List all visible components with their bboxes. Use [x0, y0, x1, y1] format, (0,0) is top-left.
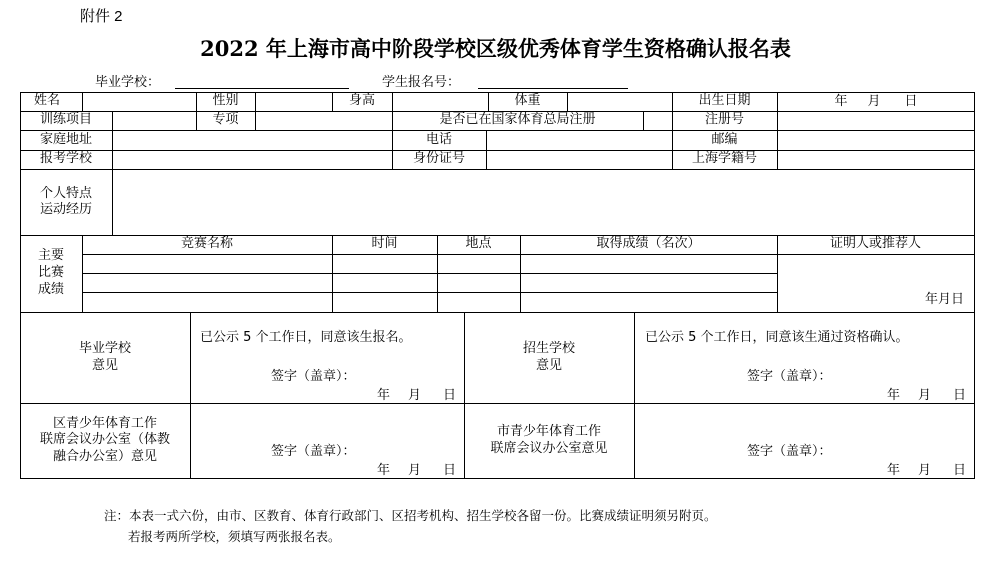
- gender-label: 性别: [196, 92, 255, 111]
- home-address-label: 家庭地址: [20, 130, 112, 150]
- competition-name-input[interactable]: [83, 293, 332, 312]
- city-office-signature-label: 签字（盖章）：: [747, 440, 832, 459]
- admitting-school-opinion-area[interactable]: 已公示 5 个工作日，同意该生通过资格确认。 签字（盖章）： 年月日: [635, 313, 974, 403]
- district-office-opinion-area[interactable]: 签字（盖章）： 年月日: [191, 404, 464, 478]
- height-input[interactable]: [393, 93, 487, 111]
- shanghai-student-id-label: 上海学籍号: [672, 150, 777, 169]
- weight-input[interactable]: [568, 93, 671, 111]
- graduating-school-opinion-area[interactable]: 已公示 5 个工作日，同意该生报名。 签字（盖章）： 年月日: [191, 313, 464, 403]
- name-input[interactable]: [83, 93, 195, 111]
- graduating-school-date: 年月日: [377, 384, 456, 403]
- personal-profile-input[interactable]: [113, 170, 974, 235]
- competitions-label-line1: 主要: [38, 248, 64, 265]
- graduating-school-statement: 已公示 5 个工作日，同意该生报名。: [200, 326, 412, 345]
- admitting-school-opinion-label-line1: 招生学校: [523, 341, 575, 357]
- competitions-label-line3: 成绩: [38, 282, 64, 299]
- city-office-date: 年月日: [887, 459, 966, 478]
- applied-school-input[interactable]: [113, 151, 392, 169]
- city-office-opinion-label-line2: 联席会议办公室意见: [490, 441, 607, 457]
- applied-school-label: 报考学校: [20, 150, 112, 169]
- weight-label: 体重: [488, 92, 567, 111]
- height-label: 身高: [332, 92, 392, 111]
- postcode-input[interactable]: [778, 131, 974, 150]
- col-header-place: 地点: [437, 235, 520, 254]
- competition-time-input[interactable]: [333, 274, 437, 292]
- competition-place-input[interactable]: [438, 274, 520, 292]
- graduating-school-signature-label: 签字（盖章）：: [271, 365, 356, 384]
- specialty-label: 专项: [196, 111, 255, 130]
- specialty-input[interactable]: [256, 112, 392, 130]
- graduating-school-field[interactable]: [175, 88, 349, 89]
- gender-input[interactable]: [256, 93, 331, 111]
- name-label: 姓名: [20, 92, 82, 111]
- note-line-2: 若报考两所学校，须填写两张报名表。: [128, 527, 341, 545]
- competitions-label: 主要 比赛 成绩: [20, 235, 82, 312]
- training-item-label: 训练项目: [20, 111, 112, 130]
- birthdate-label: 出生日期: [672, 92, 777, 111]
- phone-input[interactable]: [487, 131, 672, 150]
- competition-result-input[interactable]: [521, 274, 777, 292]
- national-registered-label: 是否已在国家体育总局注册: [392, 111, 643, 130]
- graduating-school-opinion-label-line2: 意见: [92, 358, 118, 374]
- graduating-school-opinion-label: 毕业学校 意见: [20, 312, 190, 403]
- col-header-time: 时间: [332, 235, 437, 254]
- competition-time-input[interactable]: [333, 255, 437, 273]
- district-office-signature-label: 签字（盖章）：: [271, 440, 356, 459]
- phone-label: 电话: [392, 130, 486, 150]
- graduating-school-label: 毕业学校：: [95, 71, 160, 90]
- city-office-opinion-label: 市青少年体育工作 联席会议办公室意见: [464, 403, 634, 478]
- district-office-opinion-label-line1: 区青少年体育工作: [53, 416, 157, 432]
- col-header-competition-name: 竞赛名称: [82, 235, 332, 254]
- birthdate-month: 月: [867, 94, 880, 110]
- competition-time-input[interactable]: [333, 293, 437, 312]
- birthdate-input[interactable]: 年 月 日: [778, 93, 974, 111]
- admitting-school-opinion-label: 招生学校 意见: [464, 312, 634, 403]
- id-number-label: 身份证号: [392, 150, 486, 169]
- national-registered-input[interactable]: [644, 112, 672, 130]
- city-office-opinion-area[interactable]: 签字（盖章）： 年月日: [635, 404, 974, 478]
- admitting-school-signature-label: 签字（盖章）：: [747, 365, 832, 384]
- district-office-opinion-label-line2: 联席会议办公室（体教: [40, 432, 170, 448]
- competition-place-input[interactable]: [438, 255, 520, 273]
- competition-place-input[interactable]: [438, 293, 520, 312]
- attachment-label: 附件 2: [80, 5, 123, 26]
- col-header-result: 取得成绩（名次）: [520, 235, 777, 254]
- personal-profile-label-line1: 个人特点: [40, 186, 92, 202]
- birthdate-year: 年: [834, 94, 847, 110]
- training-item-input[interactable]: [113, 112, 196, 130]
- district-office-opinion-label: 区青少年体育工作 联席会议办公室（体教 融合办公室）意见: [20, 403, 190, 478]
- shanghai-student-id-input[interactable]: [778, 151, 974, 169]
- witness-signature-area[interactable]: 年月日: [778, 255, 974, 312]
- note-line-1: 注：本表一式六份，由市、区教育、体育行政部门、区招考机构、招生学校各留一份。比赛…: [104, 506, 717, 524]
- id-number-input[interactable]: [487, 151, 672, 169]
- form-title: 2022 年上海市高中阶段学校区级优秀体育学生资格确认报名表: [0, 33, 991, 63]
- registration-number-label: 注册号: [672, 111, 777, 130]
- district-office-opinion-label-line3: 融合办公室）意见: [53, 449, 157, 465]
- admitting-school-opinion-label-line2: 意见: [536, 358, 562, 374]
- registration-no-field[interactable]: [478, 88, 628, 89]
- competition-name-input[interactable]: [83, 255, 332, 273]
- competitions-label-line2: 比赛: [38, 265, 64, 282]
- registration-no-label: 学生报名号：: [382, 71, 460, 90]
- personal-profile-label: 个人特点 运动经历: [20, 169, 112, 235]
- city-office-opinion-label-line1: 市青少年体育工作: [497, 424, 601, 440]
- competition-result-input[interactable]: [521, 255, 777, 273]
- competition-name-input[interactable]: [83, 274, 332, 292]
- admitting-school-statement: 已公示 5 个工作日，同意该生通过资格确认。: [645, 326, 909, 345]
- col-header-witness: 证明人或推荐人: [777, 235, 974, 254]
- admitting-school-date: 年月日: [887, 384, 966, 403]
- personal-profile-label-line2: 运动经历: [40, 202, 92, 218]
- district-office-date: 年月日: [377, 459, 456, 478]
- birthdate-day: 日: [905, 94, 918, 110]
- graduating-school-opinion-label-line1: 毕业学校: [79, 341, 131, 357]
- registration-number-input[interactable]: [778, 112, 974, 130]
- witness-date: 年月日: [925, 292, 964, 308]
- postcode-label: 邮编: [672, 130, 777, 150]
- home-address-input[interactable]: [113, 131, 392, 150]
- competition-result-input[interactable]: [521, 293, 777, 312]
